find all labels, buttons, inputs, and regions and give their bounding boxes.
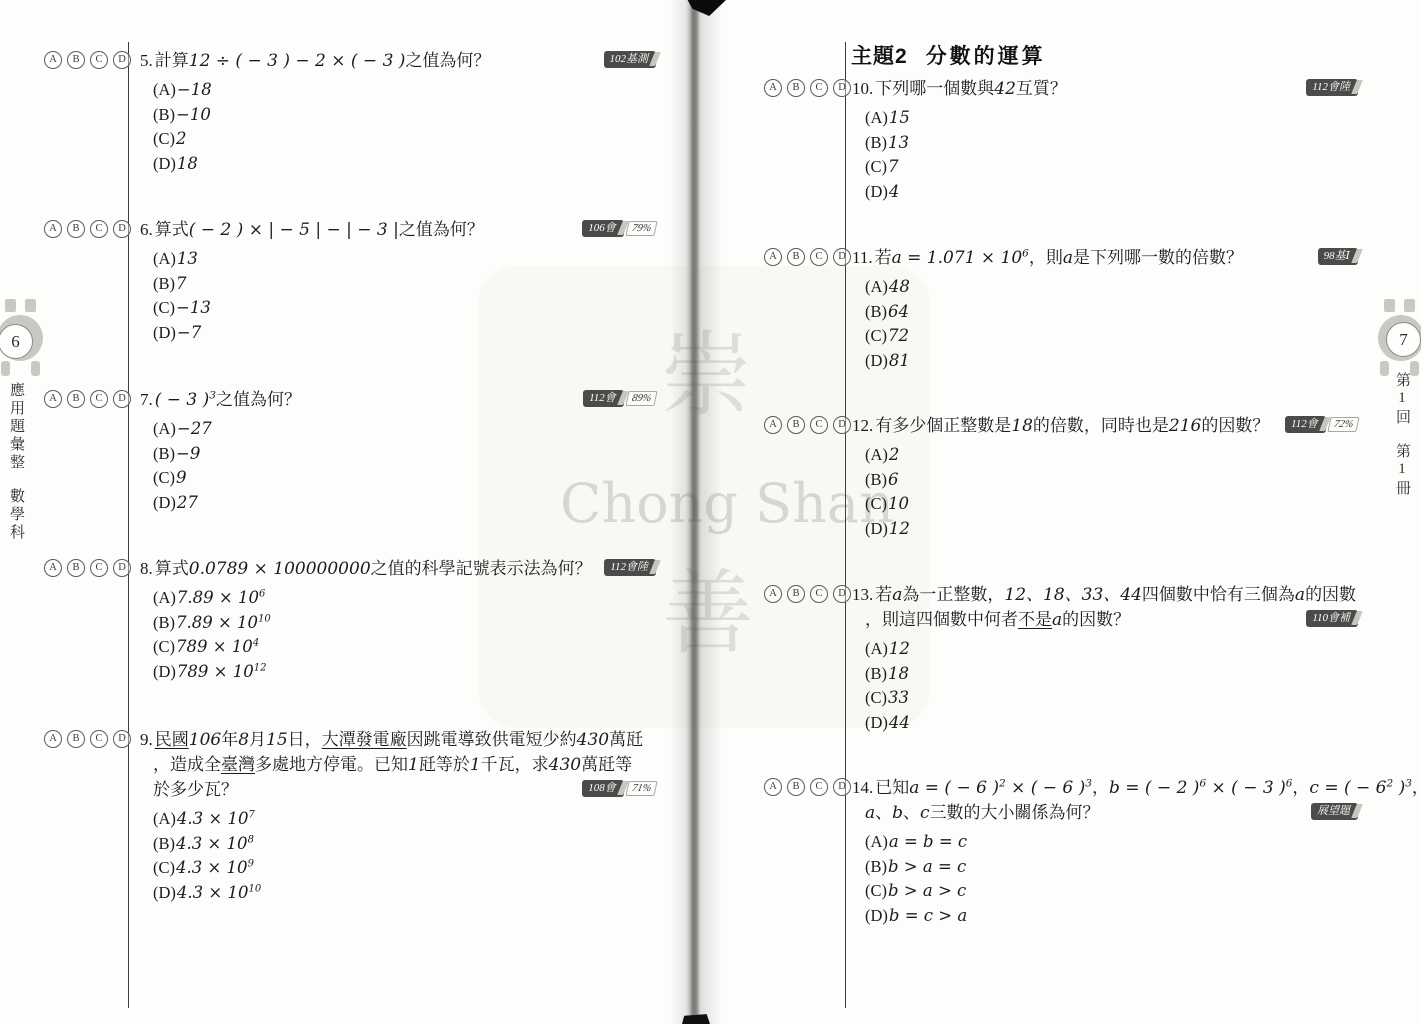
- answer-bubble-a: A: [44, 730, 62, 748]
- text-segment: 之值為何？: [216, 390, 301, 409]
- option-label: (B): [153, 834, 175, 853]
- option-label: (C): [865, 494, 887, 513]
- text-segment: b: [892, 803, 903, 823]
- option-label: (C): [865, 157, 887, 176]
- left-margin-caption-line2: 數學科: [6, 488, 27, 542]
- text-segment: ( − 2 ) × | − 5 | − | − 3 |: [189, 220, 399, 240]
- text-segment: 7.89 × 10: [176, 613, 258, 632]
- question-text: 10.下列哪一個數與42互質？: [852, 76, 1362, 101]
- option-row: (D)4.3 × 1010: [153, 881, 660, 906]
- text-segment: a: [892, 585, 902, 605]
- answer-bubble-c: C: [810, 248, 828, 266]
- option-label: (D): [865, 906, 888, 925]
- answer-bubble-d: D: [113, 51, 131, 69]
- option-label: (D): [865, 519, 888, 538]
- text-segment: −13: [176, 298, 211, 317]
- option-row: (B)18: [865, 662, 1362, 687]
- right-margin-caption: 第1回 第1冊: [1392, 372, 1413, 498]
- text-segment: 789 × 10: [177, 662, 254, 681]
- text-segment: 430: [549, 755, 581, 775]
- text-segment: 10: [888, 494, 909, 513]
- text-segment: 下列哪一個數與: [875, 79, 994, 98]
- option-value: 2: [889, 445, 900, 464]
- text-segment: b > a > c: [888, 881, 966, 900]
- text-segment: 18: [1011, 416, 1033, 436]
- text-segment: 430: [577, 730, 609, 750]
- text-segment: 106: [189, 730, 221, 750]
- option-value: 7: [176, 274, 187, 293]
- option-label: (B): [153, 105, 175, 124]
- answer-bubble-a: A: [764, 778, 782, 796]
- text-segment: −9: [176, 444, 200, 463]
- text-segment: 4: [253, 638, 259, 649]
- exam-source-badge-dark: 展望題: [1311, 803, 1358, 820]
- text-segment: 的因數: [1305, 585, 1356, 604]
- question-block: 12.有多少個正整數是18的倍數，同時也是216的因數？ (A)2(B)6(C)…: [852, 413, 1362, 541]
- text-segment: 因跳電導致供電短少約: [407, 730, 577, 749]
- text-segment: 是下列哪一數的倍數？: [1073, 248, 1243, 267]
- text-segment: 民國: [155, 730, 189, 749]
- text-segment: 已知: [875, 778, 909, 797]
- text-segment: −27: [177, 419, 212, 438]
- option-row: (D)18: [153, 152, 660, 177]
- question-text: 14.已知a = ( − 6 )2 × ( − 6 )3，b = ( − 2 )…: [852, 775, 1362, 825]
- left-page-divider-rule: [128, 42, 129, 1008]
- option-row: (B)64: [865, 300, 1362, 325]
- option-row: (B)−9: [153, 442, 660, 467]
- text-segment: 計算: [155, 51, 189, 70]
- text-segment: 72: [888, 326, 909, 345]
- option-label: (C): [153, 129, 175, 148]
- text-segment: ，則這四個數中何者: [865, 610, 1018, 629]
- question-block: 8.算式0.0789 × 100000000之值的科學記號表示法為何？ (A)7…: [140, 556, 660, 684]
- option-value: 44: [889, 713, 910, 732]
- text-segment: 3: [1085, 777, 1092, 789]
- question-block: 7.( − 3 )3之值為何？ (A)−27(B)−9(C)9(D)27 112…: [140, 387, 660, 515]
- text-segment: 於多少瓦？: [153, 780, 238, 799]
- option-label: (C): [153, 858, 175, 877]
- answer-bubble-c: C: [90, 730, 108, 748]
- option-row: (B)−10: [153, 103, 660, 128]
- option-value: 33: [888, 688, 909, 707]
- text-segment: 789 × 10: [176, 637, 253, 656]
- question-block: 14.已知a = ( − 6 )2 × ( − 6 )3，b = ( − 2 )…: [852, 775, 1362, 928]
- text-segment: 13: [177, 249, 198, 268]
- exam-source-badge: 112會陸: [1306, 78, 1358, 96]
- option-row: (C)4.3 × 109: [153, 856, 660, 881]
- text-segment: 44: [889, 713, 910, 732]
- option-row: (B)7: [153, 272, 660, 297]
- option-value: 4.3 × 1010: [177, 883, 261, 902]
- option-row: (A)7.89 × 106: [153, 586, 660, 611]
- text-segment: 互質？: [1016, 79, 1067, 98]
- answer-bubble-c: C: [810, 778, 828, 796]
- option-row: (A)12: [865, 637, 1362, 662]
- option-row: (A)a = b = c: [865, 830, 1362, 855]
- answer-bubble-a: A: [764, 585, 782, 603]
- text-segment: 216: [1169, 416, 1201, 436]
- option-value: 2: [176, 129, 187, 148]
- option-row: (C)10: [865, 492, 1362, 517]
- option-row: (C)b > a > c: [865, 879, 1362, 904]
- text-segment: 算式: [155, 559, 189, 578]
- option-label: (C): [865, 688, 887, 707]
- option-label: (A): [865, 832, 888, 851]
- option-value: 18: [888, 664, 909, 683]
- text-segment: b = ( − 2 ): [1109, 778, 1199, 798]
- text-segment: 的因數？: [1062, 610, 1130, 629]
- text-segment: 之值為何？: [399, 220, 484, 239]
- option-row: (A)4.3 × 107: [153, 807, 660, 832]
- option-row: (D)27: [153, 491, 660, 516]
- answer-bubble-c: C: [810, 416, 828, 434]
- exam-source-badge-dark: 106會: [582, 220, 624, 237]
- option-value: 81: [889, 351, 910, 370]
- watermark-char-bottom: 善: [662, 568, 754, 660]
- text-segment: 6: [1022, 247, 1029, 259]
- option-value: 4: [889, 182, 900, 201]
- exam-source-badge-dark: 112會: [1285, 416, 1326, 433]
- text-segment: 7: [248, 810, 254, 821]
- text-segment: a = ( − 6 ): [909, 778, 999, 798]
- answer-bubble-b: B: [67, 51, 85, 69]
- text-segment: 64: [888, 302, 909, 321]
- text-segment: c: [920, 803, 930, 823]
- option-row: (C)33: [865, 686, 1362, 711]
- text-segment: 12: [889, 519, 910, 538]
- option-row: (B)7.89 × 1010: [153, 611, 660, 636]
- option-value: 72: [888, 326, 909, 345]
- text-segment: 、: [875, 803, 892, 822]
- text-segment: 81: [889, 351, 910, 370]
- text-segment: 48: [889, 277, 910, 296]
- answer-bubble-d: D: [833, 778, 851, 796]
- answer-bubble-b: B: [787, 79, 805, 97]
- option-value: 12: [889, 639, 910, 658]
- answer-bubble-c: C: [90, 559, 108, 577]
- question-line: 8.算式0.0789 × 100000000之值的科學記號表示法為何？: [140, 556, 660, 581]
- option-row: (D)4: [865, 180, 1362, 205]
- text-segment: ( − 3 ): [155, 390, 210, 410]
- text-segment: 萬瓩等: [581, 755, 632, 774]
- text-segment: 42: [994, 79, 1016, 99]
- answer-bubble-a: A: [44, 51, 62, 69]
- exam-source-badge-dark: 102基測: [604, 51, 657, 68]
- exam-source-badge-percent: 72%: [1327, 417, 1359, 432]
- question-line: a、b、c三數的大小關係為何？: [852, 800, 1362, 825]
- question-number: 5.: [140, 51, 153, 70]
- text-segment: 8: [238, 730, 249, 750]
- answer-bubble-b: B: [787, 585, 805, 603]
- option-row: (D)44: [865, 711, 1362, 736]
- question-block: 10.下列哪一個數與42互質？ (A)15(B)13(C)7(D)4 112會陸: [852, 76, 1362, 204]
- question-text: 8.算式0.0789 × 100000000之值的科學記號表示法為何？: [140, 556, 660, 581]
- text-segment: 之值的科學記號表示法為何？: [371, 559, 592, 578]
- option-label: (B): [153, 613, 175, 632]
- option-label: (A): [153, 809, 176, 828]
- option-row: (C)9: [153, 466, 660, 491]
- option-label: (B): [865, 857, 887, 876]
- text-segment: a: [1052, 610, 1062, 630]
- option-value: 15: [889, 108, 910, 127]
- answer-bubbles: ABCD: [764, 778, 851, 796]
- text-segment: a: [1295, 585, 1305, 605]
- question-line: 11.若a = 1.071 × 106，則a是下列哪一數的倍數？: [852, 245, 1362, 270]
- text-segment: −7: [177, 323, 201, 342]
- right-margin-caption-line2: 第1冊: [1392, 443, 1413, 498]
- option-row: (A)13: [153, 247, 660, 272]
- question-text: 11.若a = 1.071 × 106，則a是下列哪一數的倍數？: [852, 245, 1362, 270]
- answer-bubble-a: A: [44, 220, 62, 238]
- option-label: (D): [153, 323, 176, 342]
- answer-bubble-c: C: [90, 51, 108, 69]
- text-segment: 4.3 × 10: [177, 883, 249, 902]
- question-block: 9.民國106年8月15日，大潭發電廠因跳電導致供電短少約430萬瓩，造成全臺灣…: [140, 727, 660, 905]
- answer-bubble-b: B: [787, 778, 805, 796]
- text-segment: 千瓦，求: [481, 755, 549, 774]
- option-value: 4.3 × 107: [177, 809, 255, 828]
- option-value: 18: [177, 154, 198, 173]
- answer-bubble-a: A: [44, 559, 62, 577]
- question-line: 7.( − 3 )3之值為何？: [140, 387, 660, 412]
- question-line: ，則這四個數中何者不是a的因數？: [852, 607, 1362, 632]
- answer-bubbles: ABCD: [764, 416, 851, 434]
- answer-bubble-c: C: [810, 585, 828, 603]
- answer-bubble-b: B: [67, 559, 85, 577]
- text-segment: ，: [1292, 778, 1309, 797]
- option-label: (C): [153, 468, 175, 487]
- text-segment: b > a = c: [888, 857, 966, 876]
- exam-source-badge-dark: 112會: [583, 390, 624, 407]
- answer-bubbles: ABCD: [764, 585, 851, 603]
- option-row: (D)12: [865, 517, 1362, 542]
- option-label: (B): [865, 302, 887, 321]
- text-segment: 大潭發電廠: [322, 730, 407, 749]
- question-line: 5.計算12 ÷ ( − 3 ) − 2 × ( − 3 )之值為何？: [140, 48, 660, 73]
- book-spine-bottom-mark: [682, 1013, 710, 1024]
- option-value: 64: [888, 302, 909, 321]
- text-segment: ): [1393, 778, 1405, 798]
- question-options: (A)13(B)7(C)−13(D)−7: [140, 247, 660, 345]
- answer-bubble-d: D: [113, 220, 131, 238]
- exam-source-badge: 106會 79%: [582, 219, 656, 237]
- option-label: (A): [153, 588, 176, 607]
- text-segment: 之值為何？: [405, 51, 490, 70]
- option-value: −13: [176, 298, 211, 317]
- answer-bubble-b: B: [787, 248, 805, 266]
- text-segment: a = 1.071 × 10: [892, 248, 1023, 268]
- text-segment: ，則: [1029, 248, 1063, 267]
- question-line: 10.下列哪一個數與42互質？: [852, 76, 1362, 101]
- option-value: 4.3 × 108: [176, 834, 254, 853]
- text-segment: 、: [903, 803, 920, 822]
- option-row: (C)2: [153, 127, 660, 152]
- option-label: (B): [153, 274, 175, 293]
- question-block: 13.若a為一正整數，12、18、33、44四個數中恰有三個為a的因數，則這四個…: [852, 582, 1362, 735]
- question-line: 14.已知a = ( − 6 )2 × ( − 6 )3，b = ( − 2 )…: [852, 775, 1362, 800]
- answer-bubble-c: C: [90, 390, 108, 408]
- answer-bubbles: ABCD: [44, 390, 131, 408]
- question-options: (A)12(B)18(C)33(D)44: [852, 637, 1362, 735]
- text-segment: 的倍數，同時也是: [1033, 416, 1169, 435]
- answer-bubbles: ABCD: [764, 248, 851, 266]
- option-row: (C)72: [865, 324, 1362, 349]
- question-number: 12.: [852, 416, 873, 435]
- text-segment: 33: [888, 688, 909, 707]
- option-row: (D)b = c > a: [865, 904, 1362, 929]
- option-value: 10: [888, 494, 909, 513]
- exam-source-badge-dark: 110會補: [1306, 610, 1358, 627]
- text-segment: −10: [176, 105, 211, 124]
- option-value: 13: [888, 133, 909, 152]
- option-value: 7.89 × 1010: [176, 613, 271, 632]
- text-segment: 27: [177, 493, 198, 512]
- question-number: 13.: [852, 585, 873, 604]
- option-row: (B)13: [865, 131, 1362, 156]
- text-segment: 4.3 × 10: [176, 834, 248, 853]
- option-label: (B): [153, 444, 175, 463]
- option-label: (D): [153, 154, 176, 173]
- answer-bubble-d: D: [113, 559, 131, 577]
- text-segment: 12: [889, 639, 910, 658]
- text-segment: 3: [1405, 777, 1412, 789]
- text-segment: 18: [177, 154, 198, 173]
- option-label: (B): [865, 470, 887, 489]
- topic-label: 主題2: [851, 45, 908, 68]
- text-segment: × ( − 6 ): [1006, 778, 1086, 798]
- watermark-char-top: 崇: [660, 330, 752, 422]
- topic-title: 分數的運算: [926, 45, 1046, 68]
- text-segment: × ( − 3 ): [1206, 778, 1286, 798]
- option-value: 27: [177, 493, 198, 512]
- option-row: (D)−7: [153, 321, 660, 346]
- option-value: b > a > c: [888, 881, 966, 900]
- exam-source-badge: 112會陸: [604, 558, 656, 576]
- text-segment: 7: [176, 274, 187, 293]
- text-segment: ，: [1092, 778, 1109, 797]
- text-segment: 不是: [1018, 610, 1052, 629]
- answer-bubble-d: D: [833, 248, 851, 266]
- option-value: 13: [177, 249, 198, 268]
- option-value: b = c > a: [889, 906, 967, 925]
- question-options: (A)−18(B)−10(C)2(D)18: [140, 78, 660, 176]
- option-value: 9: [176, 468, 187, 487]
- option-label: (A): [865, 108, 888, 127]
- option-label: (A): [153, 419, 176, 438]
- option-value: 7: [888, 157, 899, 176]
- option-label: (D): [865, 713, 888, 732]
- question-options: (A)2(B)6(C)10(D)12: [852, 443, 1362, 541]
- option-row: (B)b > a = c: [865, 855, 1362, 880]
- text-segment: 三數的大小關係為何？: [930, 803, 1100, 822]
- option-row: (C)789 × 104: [153, 635, 660, 660]
- answer-bubble-c: C: [810, 79, 828, 97]
- scanned-workbook-spread: 崇 Chong Shan 善 6 應用題彙整 數學科: [0, 0, 1421, 1024]
- exam-source-badge: 98基Ⅰ: [1318, 247, 1358, 265]
- text-segment: 7.89 × 10: [177, 588, 259, 607]
- answer-bubbles: ABCD: [44, 559, 131, 577]
- text-segment: 6: [888, 470, 899, 489]
- question-options: (A)a = b = c(B)b > a = c(C)b > a > c(D)b…: [852, 830, 1362, 928]
- answer-bubble-d: D: [113, 390, 131, 408]
- answer-bubbles: ABCD: [44, 51, 131, 69]
- option-label: (A): [153, 80, 176, 99]
- question-options: (A)7.89 × 106(B)7.89 × 1010(C)789 × 104(…: [140, 586, 660, 684]
- option-row: (A)−18: [153, 78, 660, 103]
- left-margin-caption: 應用題彙整 數學科: [6, 382, 27, 542]
- option-value: 12: [889, 519, 910, 538]
- option-label: (C): [153, 637, 175, 656]
- question-block: 11.若a = 1.071 × 106，則a是下列哪一數的倍數？ (A)48(B…: [852, 245, 1362, 373]
- question-number: 14.: [852, 778, 873, 797]
- right-page-number: 7: [1386, 322, 1421, 357]
- question-line: ，造成全臺灣多處地方停電。已知1瓩等於1千瓦，求430萬瓩等: [140, 752, 660, 777]
- text-segment: −18: [177, 80, 212, 99]
- text-segment: 12、18、33、44: [1004, 585, 1142, 605]
- answer-bubble-b: B: [67, 390, 85, 408]
- text-segment: 2: [999, 777, 1006, 789]
- text-segment: 8: [248, 834, 254, 845]
- text-segment: ，造成全: [153, 755, 221, 774]
- question-options: (A)15(B)13(C)7(D)4: [852, 106, 1362, 204]
- option-label: (C): [153, 298, 175, 317]
- question-line: 9.民國106年8月15日，大潭發電廠因跳電導致供電短少約430萬瓩: [140, 727, 660, 752]
- text-segment: 7: [888, 157, 899, 176]
- text-segment: 15: [889, 108, 910, 127]
- option-value: b > a = c: [888, 857, 966, 876]
- option-label: (A): [153, 249, 176, 268]
- text-segment: 若: [875, 585, 892, 604]
- option-row: (B)6: [865, 468, 1362, 493]
- text-segment: ，則: [1412, 778, 1421, 797]
- text-segment: 的因數？: [1201, 416, 1269, 435]
- text-segment: 4.3 × 10: [176, 858, 248, 877]
- answer-bubble-a: A: [44, 390, 62, 408]
- option-value: 789 × 1012: [177, 662, 267, 681]
- answer-bubble-a: A: [764, 416, 782, 434]
- question-text: 7.( − 3 )3之值為何？: [140, 387, 660, 412]
- option-label: (D): [865, 182, 888, 201]
- answer-bubble-b: B: [67, 730, 85, 748]
- text-segment: a: [1063, 248, 1073, 268]
- question-options: (A)4.3 × 107(B)4.3 × 108(C)4.3 × 109(D)4…: [140, 807, 660, 905]
- text-segment: 月: [249, 730, 266, 749]
- option-value: a = b = c: [889, 832, 967, 851]
- text-segment: 6: [259, 589, 265, 600]
- text-segment: 瓩等於: [419, 755, 470, 774]
- question-block: 5.計算12 ÷ ( − 3 ) − 2 × ( − 3 )之值為何？ (A)−…: [140, 48, 660, 176]
- answer-bubble-a: A: [764, 248, 782, 266]
- text-segment: 15: [266, 730, 288, 750]
- option-row: (C)−13: [153, 296, 660, 321]
- text-segment: 為一正整數，: [902, 585, 1004, 604]
- exam-source-badge-percent: 89%: [625, 391, 657, 406]
- answer-bubble-b: B: [787, 416, 805, 434]
- text-segment: 算式: [155, 220, 189, 239]
- exam-source-badge: 展望題: [1311, 802, 1358, 820]
- question-block: 6.算式( − 2 ) × | − 5 | − | − 3 |之值為何？ (A)…: [140, 217, 660, 345]
- option-row: (A)15: [865, 106, 1362, 131]
- text-segment: 1: [470, 755, 481, 775]
- text-segment: 日，: [288, 730, 322, 749]
- answer-bubble-d: D: [833, 79, 851, 97]
- option-label: (B): [865, 664, 887, 683]
- text-segment: 12: [254, 662, 267, 673]
- answer-bubble-d: D: [113, 730, 131, 748]
- question-number: 8.: [140, 559, 153, 578]
- text-segment: 若: [875, 248, 892, 267]
- answer-bubble-c: C: [90, 220, 108, 238]
